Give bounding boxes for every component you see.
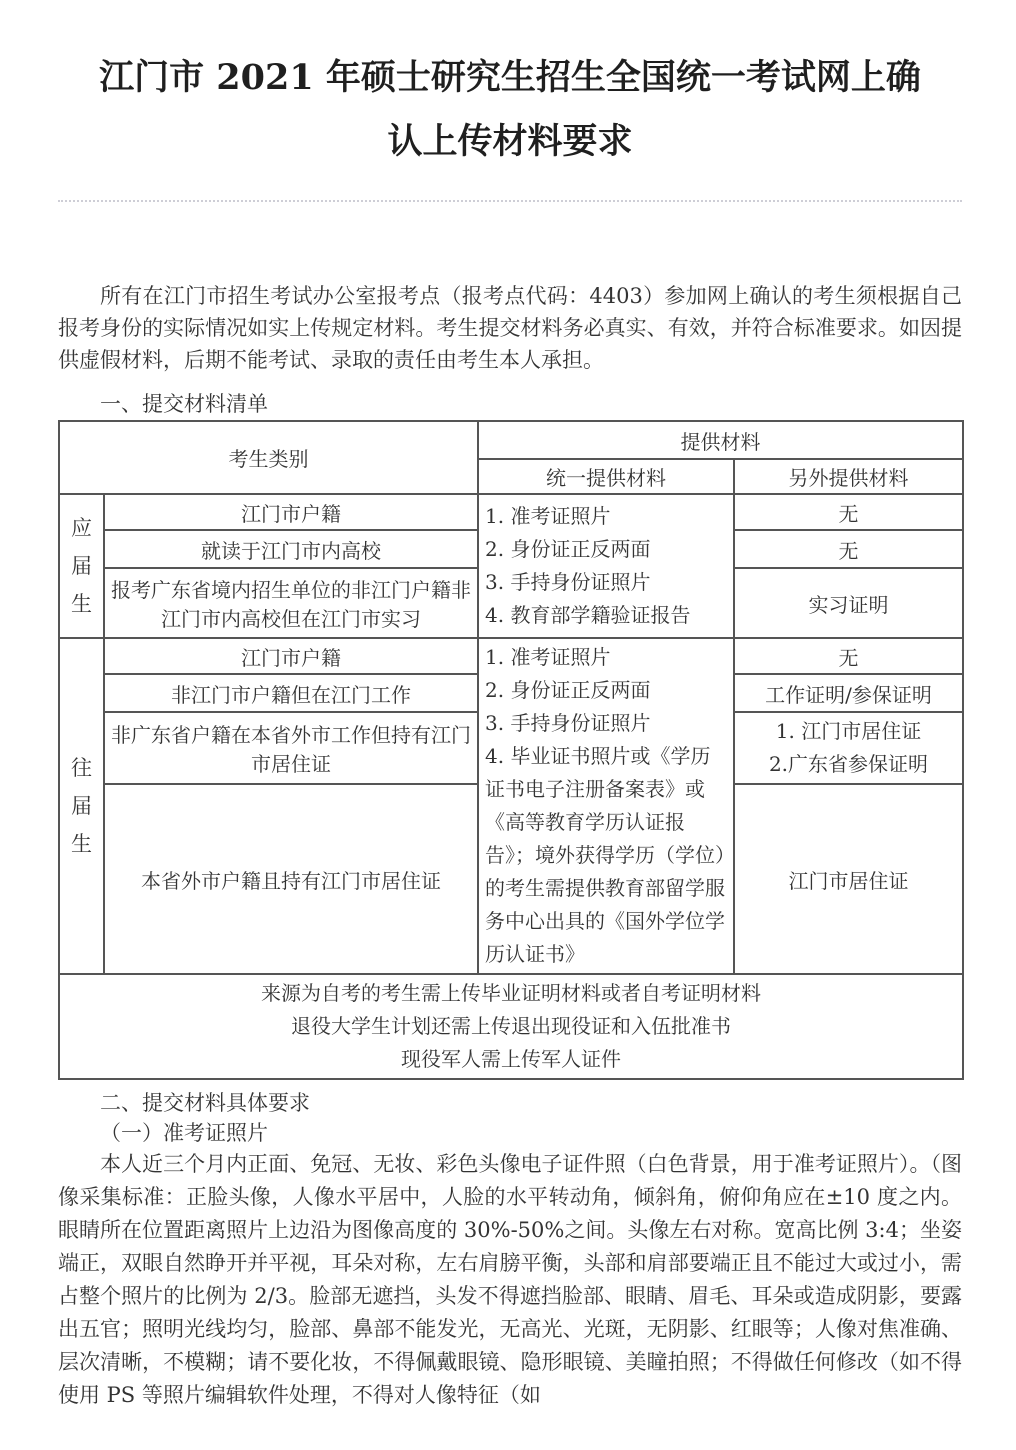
previous-graduates-label: 往届生 [71, 749, 93, 863]
page-title-line1: 江门市 2021 年硕士研究生招生全国统一考试网上确 [58, 46, 962, 110]
category-grad-row1: 江门市户籍 [104, 638, 478, 674]
additional-grad-row4: 江门市居住证 [734, 784, 963, 974]
document-page: 江门市 2021 年硕士研究生招生全国统一考试网上确 认上传材料要求 所有在江门… [0, 46, 1016, 1412]
list-item: 1. 准考证照片 [485, 500, 727, 533]
header-unified-materials: 统一提供材料 [478, 459, 734, 494]
title-separator-line [58, 200, 962, 202]
header-additional-materials: 另外提供材料 [734, 459, 963, 494]
header-provide-materials: 提供材料 [478, 421, 963, 459]
additional-fresh-row1: 无 [734, 494, 963, 530]
requirements-paragraph: 本人近三个月内正面、免冠、无妆、彩色头像电子证件照（白色背景，用于准考证照片）。… [58, 1148, 962, 1412]
list-item: 4. 毕业证书照片或《学历证书电子注册备案表》或《高等教育学历认证报告》；境外获… [485, 740, 727, 971]
footer-note-line: 来源为自考的考生需上传毕业证明材料或者自考证明材料 [66, 977, 956, 1010]
group-label-previous-graduates: 往届生 [59, 638, 104, 974]
section-2-heading: 二、提交材料具体要求 [58, 1088, 962, 1118]
category-fresh-row1: 江门市户籍 [104, 494, 478, 530]
category-grad-row2: 非江门市户籍但在江门工作 [104, 674, 478, 712]
category-grad-row3: 非广东省户籍在本省外市工作但持有江门市居住证 [104, 712, 478, 784]
additional-fresh-row2: 无 [734, 530, 963, 568]
intro-paragraph: 所有在江门市招生考试办公室报考点（报考点代码：4403）参加网上确认的考生须根据… [58, 280, 962, 376]
section-1-heading: 一、提交材料清单 [58, 388, 962, 420]
page-title-line2: 认上传材料要求 [58, 110, 962, 174]
group-label-fresh-graduates: 应届生 [59, 494, 104, 638]
page-title: 江门市 2021 年硕士研究生招生全国统一考试网上确 认上传材料要求 [58, 46, 962, 174]
subsection-1-heading: （一）准考证照片 [58, 1118, 962, 1148]
list-item: 1. 准考证照片 [485, 641, 727, 674]
list-item: 3. 手持身份证照片 [485, 566, 727, 599]
footer-note-line: 现役军人需上传军人证件 [66, 1043, 956, 1076]
additional-line: 2.广东省参保证明 [741, 748, 956, 781]
materials-table: 考生类别 提供材料 统一提供材料 另外提供材料 应届生 江门市户籍 1. 准考证… [58, 420, 964, 1080]
header-candidate-type: 考生类别 [59, 421, 478, 494]
table-footer-notes: 来源为自考的考生需上传毕业证明材料或者自考证明材料 退役大学生计划还需上传退出现… [59, 974, 963, 1079]
additional-grad-row1: 无 [734, 638, 963, 674]
additional-grad-row2: 工作证明/参保证明 [734, 674, 963, 712]
additional-fresh-row3: 实习证明 [734, 568, 963, 638]
unified-materials-grad: 1. 准考证照片 2. 身份证正反两面 3. 手持身份证照片 4. 毕业证书照片… [478, 638, 734, 974]
category-grad-row4: 本省外市户籍且持有江门市居住证 [104, 784, 478, 974]
category-fresh-row2: 就读于江门市内高校 [104, 530, 478, 568]
category-fresh-row3: 报考广东省境内招生单位的非江门户籍非江门市内高校但在江门市实习 [104, 568, 478, 638]
footer-note-line: 退役大学生计划还需上传退出现役证和入伍批准书 [66, 1010, 956, 1043]
list-item: 3. 手持身份证照片 [485, 707, 727, 740]
list-item: 2. 身份证正反两面 [485, 533, 727, 566]
list-item: 2. 身份证正反两面 [485, 674, 727, 707]
fresh-graduates-label: 应届生 [71, 509, 93, 623]
additional-line: 1. 江门市居住证 [741, 715, 956, 748]
list-item: 4. 教育部学籍验证报告 [485, 599, 727, 632]
additional-grad-row3: 1. 江门市居住证 2.广东省参保证明 [734, 712, 963, 784]
unified-materials-fresh: 1. 准考证照片 2. 身份证正反两面 3. 手持身份证照片 4. 教育部学籍验… [478, 494, 734, 638]
